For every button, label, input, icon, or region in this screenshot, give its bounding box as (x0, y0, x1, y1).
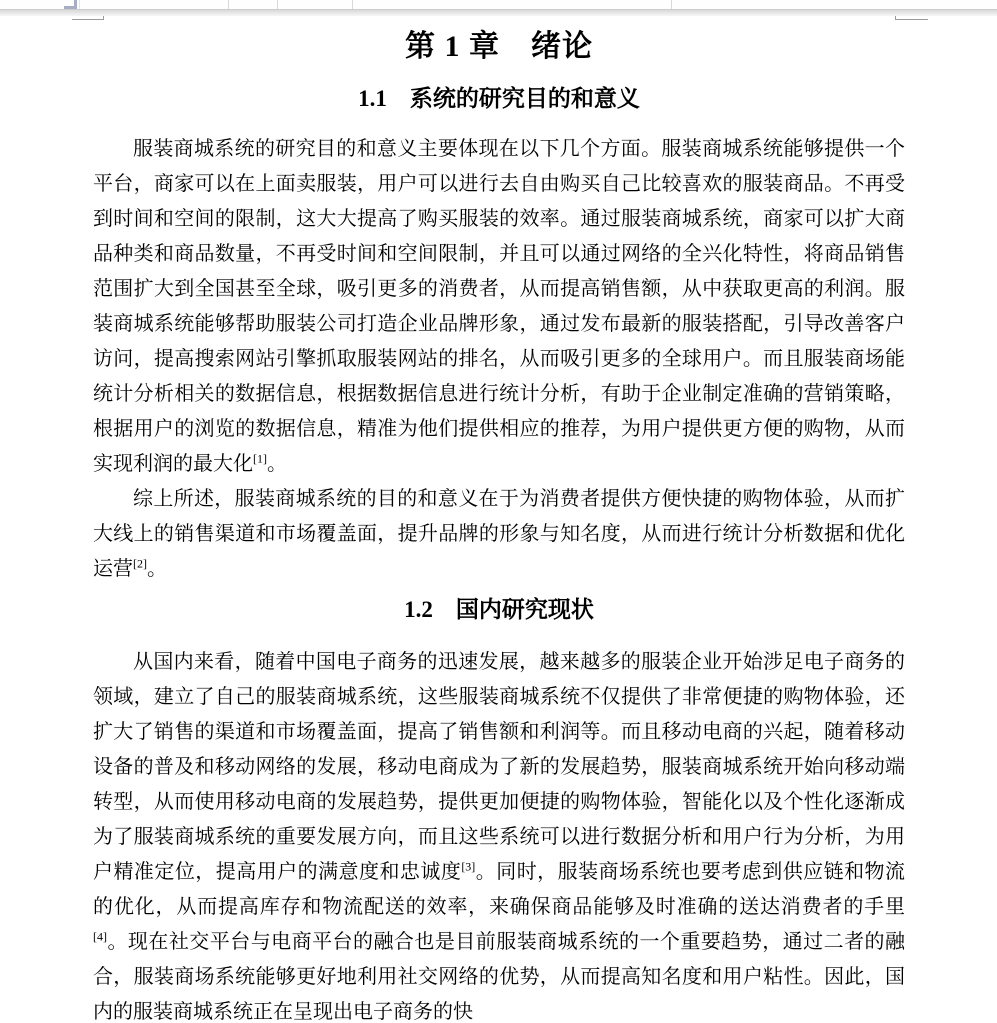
document-page[interactable]: 第 1 章 绪论 1.1 系统的研究目的和意义 服装商城系统的研究目的和意义主要… (0, 16, 997, 1023)
table-gridline (352, 0, 353, 9)
paragraph-summary[interactable]: 综上所述，服装商城系统的目的和意义在于为消费者提供方便快捷的购物体验，从而扩大线… (93, 482, 905, 587)
table-gridline (79, 0, 80, 9)
paragraph-purpose-and-meaning[interactable]: 服装商城系统的研究目的和意义主要体现在以下几个方面。服装商城系统能够提供一个平台… (93, 132, 905, 482)
citation-ref-2: [2] (133, 556, 147, 570)
paragraph-text: 综上所述，服装商城系统的目的和意义在于为消费者提供方便快捷的购物体验，从而扩大线… (93, 488, 905, 580)
paragraph-text: 服装商城系统的研究目的和意义主要体现在以下几个方面。服装商城系统能够提供一个平台… (93, 138, 905, 475)
table-gridline (228, 0, 229, 9)
section-heading-1-1[interactable]: 1.1 系统的研究目的和意义 (93, 84, 905, 114)
paragraph-text: 。 (147, 558, 167, 580)
table-corner-marker-icon (64, 0, 77, 9)
table-gridline (671, 0, 672, 9)
paragraph-text: 从国内来看，随着中国电子商务的迅速发展，越来越多的服装企业开始涉足电子商务的领域… (93, 651, 905, 883)
previous-page-bottom (0, 0, 997, 9)
page-separator (0, 9, 997, 16)
citation-ref-3: [3] (461, 859, 475, 873)
crop-mark-left-icon (72, 16, 104, 20)
citation-ref-1: [1] (253, 451, 267, 465)
table-gridline (277, 0, 278, 9)
chapter-title[interactable]: 第 1 章 绪论 (93, 28, 905, 66)
citation-ref-4: [4] (93, 929, 107, 943)
paragraph-domestic-research[interactable]: 从国内来看，随着中国电子商务的迅速发展，越来越多的服装企业开始涉足电子商务的领域… (93, 645, 905, 1023)
document-editor-view: 第 1 章 绪论 1.1 系统的研究目的和意义 服装商城系统的研究目的和意义主要… (0, 0, 997, 1023)
paragraph-text: 。 (267, 453, 287, 475)
section-heading-1-2[interactable]: 1.2 国内研究现状 (93, 595, 905, 625)
crop-mark-right-icon (895, 16, 928, 20)
paragraph-text: 。现在社交平台与电商平台的融合也是目前服装商城系统的一个重要趋势，通过二者的融合… (93, 931, 905, 1023)
